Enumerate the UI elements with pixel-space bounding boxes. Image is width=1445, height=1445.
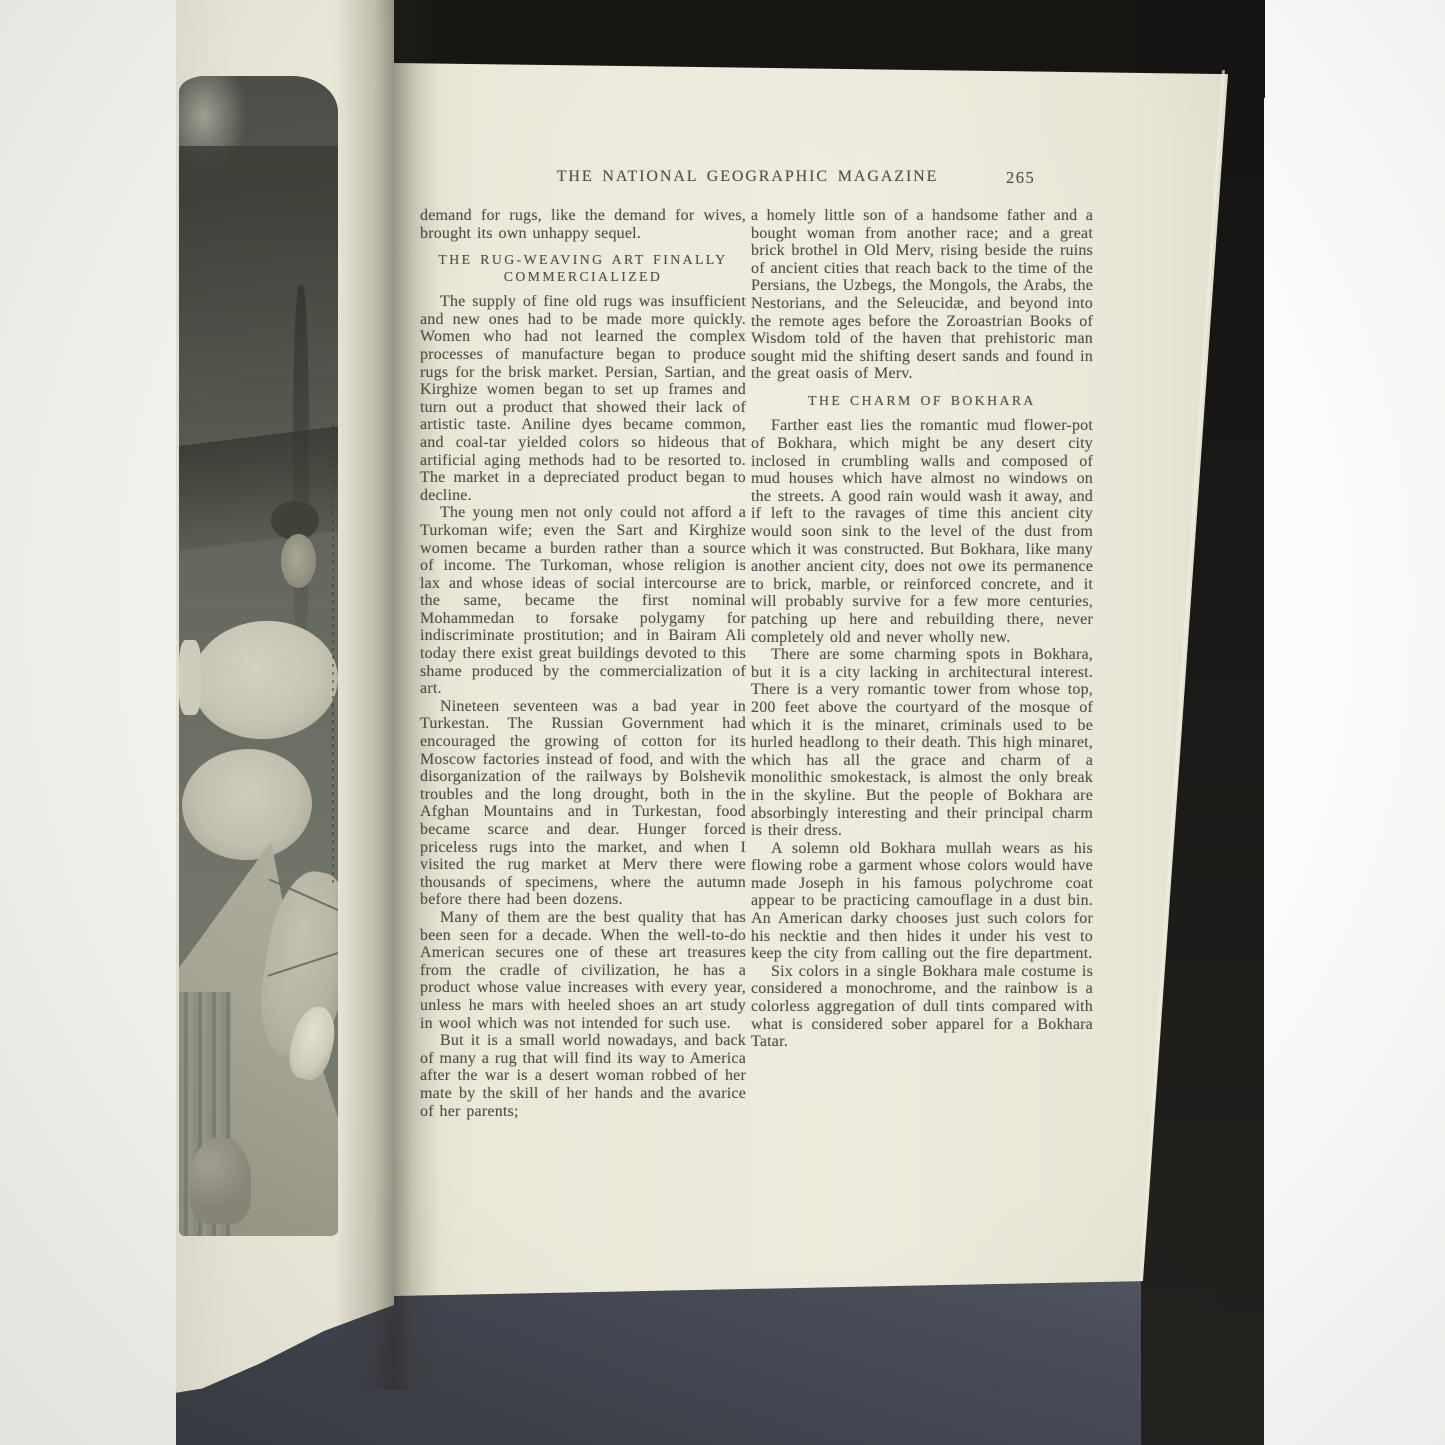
photo-clay-jar-neck: [179, 640, 201, 715]
text-column-left: demand for rugs, like the demand for wiv…: [420, 207, 746, 1120]
paragraph: The young men not only could not afford …: [420, 504, 746, 698]
section-heading: THE RUG-WEAVING ART FINALLY COMMERCIALIZ…: [420, 252, 746, 285]
paragraph: But it is a small world nowadays, and ba…: [420, 1032, 746, 1120]
left-page-photograph: [179, 76, 338, 1236]
paragraph: The supply of fine old rugs was insuffic…: [420, 293, 746, 504]
photo-clay-jar: [179, 745, 315, 863]
photo-clay-jar: [188, 616, 338, 744]
book-photo-scene: THE NATIONAL GEOGRAPHIC MAGAZINE 265 dem…: [0, 0, 1445, 1445]
paragraph: demand for rugs, like the demand for wiv…: [420, 207, 746, 242]
paragraph: Nineteen seventeen was a bad year in Tur…: [420, 698, 746, 909]
page-number: 265: [1006, 168, 1035, 188]
book-gutter-shadow: [333, 0, 441, 1390]
photo-figure-face: [281, 534, 316, 587]
paragraph: a homely little son of a handsome father…: [751, 207, 1093, 383]
running-header: THE NATIONAL GEOGRAPHIC MAGAZINE: [420, 168, 1075, 186]
section-heading: THE CHARM OF BOKHARA: [751, 393, 1093, 410]
white-backdrop: [1262, 0, 1445, 1445]
paragraph: A solemn old Bokhara mullah wears as his…: [751, 840, 1093, 963]
paragraph: There are some charming spots in Bokhara…: [751, 646, 1093, 840]
photo-dark-band: [179, 423, 338, 553]
text-column-right: a homely little son of a handsome father…: [751, 207, 1093, 1051]
paragraph: Many of them are the best quality that h…: [420, 909, 746, 1032]
paragraph: Farther east lies the romantic mud flowe…: [751, 417, 1093, 646]
photo-basket: [190, 1137, 250, 1224]
paragraph: Six colors in a single Bokhara male cost…: [751, 963, 1093, 1051]
